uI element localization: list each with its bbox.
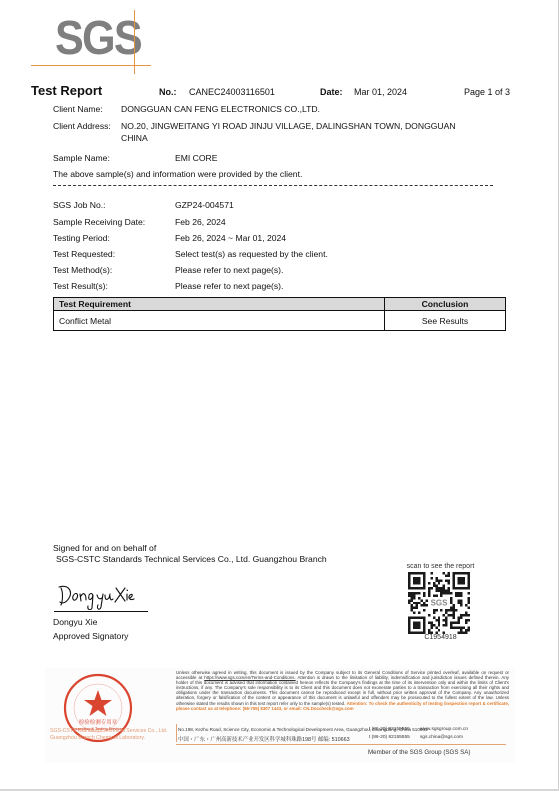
test-requested-label: Test Requested: [53,249,115,259]
report-number: CANEC24003116501 [189,87,275,97]
sample-name: EMI CORE [175,153,218,163]
stamp-org-line2: Guangzhou Branch Chemical Laboratory. [50,735,167,742]
signature-strokes [59,586,134,609]
sample-name-label: Sample Name: [53,153,110,163]
svg-text:SGS: SGS [431,599,448,608]
test-requested: Select test(s) as requested by the clien… [175,249,328,259]
report-number-label: No.: [159,87,177,97]
footer-vertical-rule [176,724,177,742]
star-icon [84,690,112,716]
column-header-requirement: Test Requirement [54,298,385,311]
logo-vertical-rule [134,10,135,74]
sample-note: The above sample(s) and information were… [53,169,302,179]
test-methods: Please refer to next page(s). [175,265,283,275]
test-methods-label: Test Method(s): [53,265,112,275]
testing-period-label: Testing Period: [53,233,110,243]
report-date-label: Date: [320,87,343,97]
report-page: SGS Test Report No.: CANEC24003116501 Da… [0,0,559,791]
qr-code[interactable]: SGS [407,572,471,634]
conclusion-cell: See Results [385,311,506,331]
sgs-group-membership: Member of the SGS Group (SGS SA) [368,749,470,756]
report-date: Mar 01, 2024 [354,87,407,97]
website-link[interactable]: www.sgsgroup.com.cn [420,727,468,732]
client-name: DONGGUAN CAN FENG ELECTRONICS CO.,LTD. [121,104,320,114]
footer-horizontal-rule [176,744,506,745]
email-link[interactable]: sgs.china@sgs.com [420,735,463,740]
signed-on-behalf: Signed for and on behalf of [53,543,156,553]
job-number: GZP24-004571 [175,200,234,210]
stamp-organization: SGS-CSTC Standards Technical Services Co… [50,728,167,742]
column-header-conclusion: Conclusion [385,298,506,311]
signature-line [54,611,148,612]
report-title: Test Report [31,83,102,98]
client-address-label: Client Address: [53,121,111,131]
receiving-date-label: Sample Receiving Date: [53,217,145,227]
page-indicator: Page 1 of 3 [464,87,510,97]
requirement-cell: Conflict Metal [54,311,385,331]
phone-2: t (86-20) 82155555 [369,735,410,740]
test-results-label: Test Result(s): [53,281,108,291]
receiving-date: Feb 26, 2024 [175,217,226,227]
logo-horizontal-rule [31,65,151,66]
handwritten-signature [55,578,135,610]
client-name-label: Client Name: [53,104,103,114]
signer-name: Dongyu Xie [53,617,97,627]
dashed-separator [53,185,493,187]
test-requirement-table: Test Requirement Conclusion Conflict Met… [53,297,506,331]
qr-report-id: C1954918 [403,634,478,641]
sgs-logo-text: SGS [55,14,141,64]
table-row: Conflict Metal See Results [54,311,506,331]
table-header-row: Test Requirement Conclusion [54,298,506,311]
testing-period: Feb 26, 2024 ~ Mar 01, 2024 [175,233,286,243]
stamp-cn-text: 检验检测专用章 [79,718,118,726]
phone-1: t (86-20) 82155555 [369,727,410,732]
signer-role: Approved Signatory [53,631,128,641]
sgs-logo: SGS [31,10,151,72]
stamp-org-line1: SGS-CSTC Standards Technical Services Co… [50,728,167,735]
qr-caption: scan to see the report [403,563,478,570]
legal-disclaimer: Unless otherwise agreed in writing, this… [176,670,509,711]
test-results: Please refer to next page(s). [175,281,283,291]
client-address-line2: CHINA [121,133,148,143]
client-address-line1: NO.20, JINGWEITANG YI ROAD JINJU VILLAGE… [121,121,456,131]
address-chinese: 中国・广东・广州高新技术产业开发区科学城科珠路198号 邮编: 510663 [178,735,350,743]
job-number-label: SGS Job No.: [53,200,106,210]
signing-organization: SGS-CSTC Standards Technical Services Co… [56,554,327,564]
